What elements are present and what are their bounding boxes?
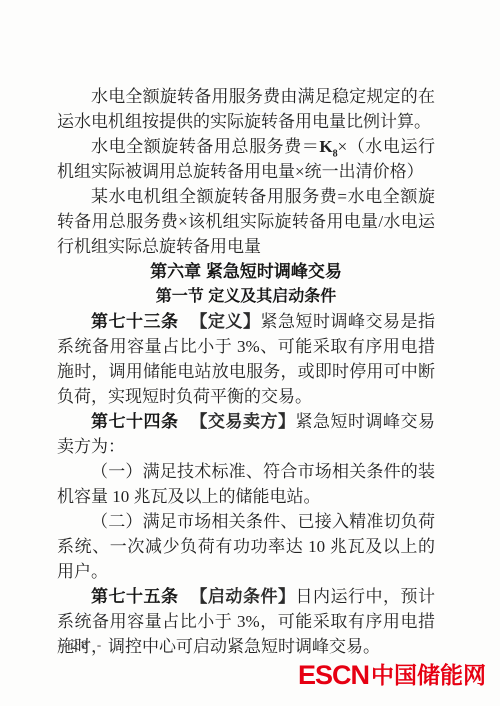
article-74-item-1: （一）满足技术标准、符合市场相关条件的装机容量 10 兆瓦及以上的储能电站。 <box>57 459 435 509</box>
escn-logo: ESCN中国储能网 <box>298 661 486 694</box>
article-73: 第七十三条【定义】紧急短时调峰交易是指系统备用容量占比小于 3%、可能采取有序用… <box>57 309 435 409</box>
intro-paragraph-1: 水电全额旋转备用服务费由满足稳定规定的在运水电机组按提供的实际旋转备用电量比例计… <box>57 84 435 134</box>
article-75-label: 【启动条件】 <box>190 587 295 606</box>
page-number: - 28 - <box>58 637 104 653</box>
article-75-number: 第七十五条 <box>91 587 179 606</box>
article-75: 第七十五条【启动条件】日内运行中，预计系统备用容量占比小于 3%，可能采取有序用… <box>57 584 435 659</box>
logo-chinese-text: 中国储能网 <box>371 662 486 688</box>
section-heading: 第一节 定义及其启动条件 <box>57 284 435 309</box>
intro-paragraph-3: 某水电机组全额旋转备用服务费=水电全额旋转备用总服务费×该机组实际旋转备用电量/… <box>57 184 435 259</box>
formula-k-letter: K <box>319 137 332 156</box>
document-page: 水电全额旋转备用服务费由满足稳定规定的在运水电机组按提供的实际旋转备用电量比例计… <box>0 0 500 706</box>
formula-k-variable: K8 <box>319 137 337 156</box>
article-73-number: 第七十三条 <box>91 312 179 331</box>
article-74-number: 第七十四条 <box>91 412 179 431</box>
document-body: 水电全额旋转备用服务费由满足稳定规定的在运水电机组按提供的实际旋转备用电量比例计… <box>57 84 435 659</box>
chapter-heading: 第六章 紧急短时调峰交易 <box>57 259 435 284</box>
article-74-item-2: （二）满足市场相关条件、已接入精准切负荷系统、一次减少负荷有功功率达 10 兆瓦… <box>57 509 435 584</box>
article-74-label: 【交易卖方】 <box>190 412 295 431</box>
article-73-label: 【定义】 <box>190 312 260 331</box>
formula-pre-text: 水电全额旋转备用总服务费＝ <box>91 137 319 156</box>
article-74: 第七十四条【交易卖方】紧急短时调峰交易卖方为： <box>57 409 435 459</box>
intro-paragraph-formula: 水电全额旋转备用总服务费＝K8×（水电运行机组实际被调用总旋转备用电量×统一出清… <box>57 134 435 184</box>
logo-latin-text: ESCN <box>298 660 369 690</box>
